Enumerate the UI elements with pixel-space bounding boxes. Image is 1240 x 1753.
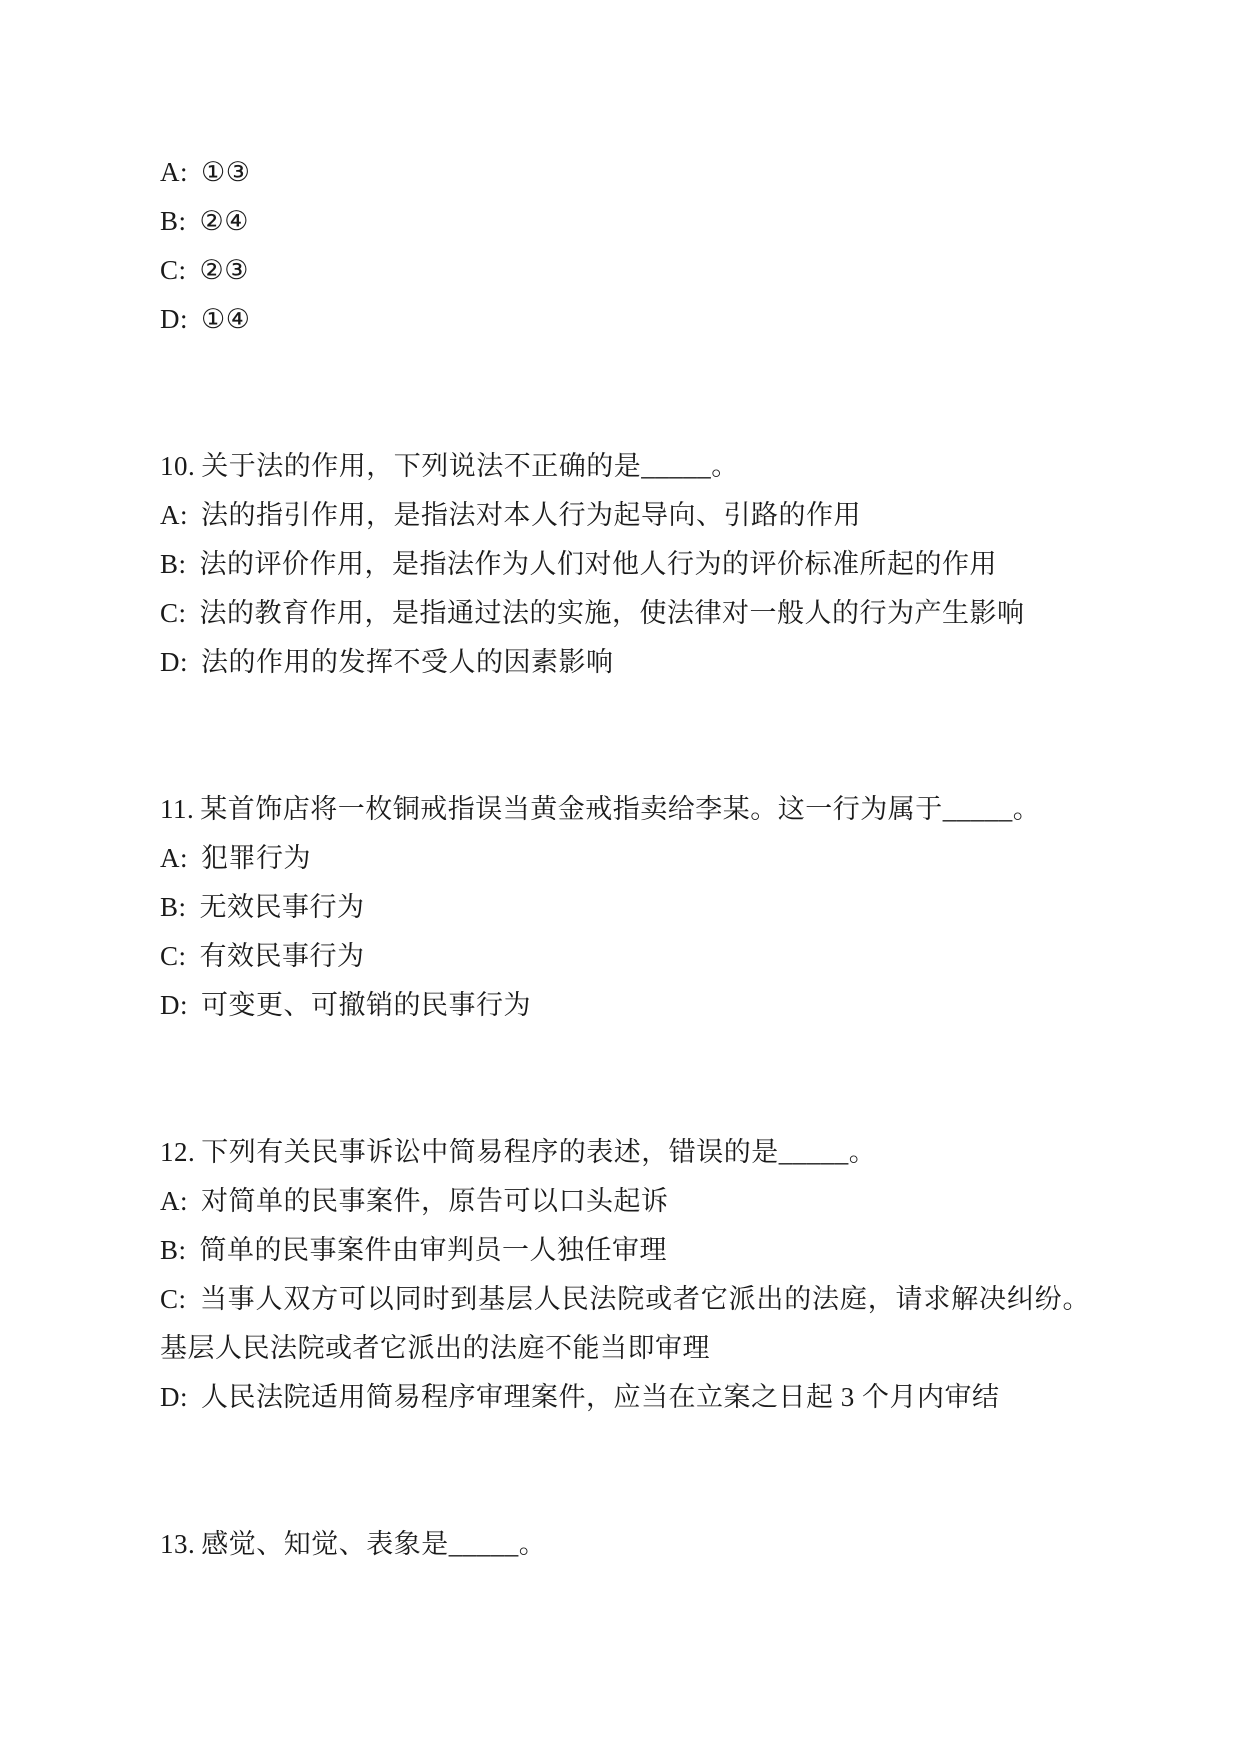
option-text: 法的指引作用，是指法对本人行为起导向、引路的作用 xyxy=(201,500,861,530)
option-line: A:①③ xyxy=(160,148,1090,197)
question-stem-line: 10.关于法的作用，下列说法不正确的是_____。 xyxy=(160,442,1090,491)
option-label: A: xyxy=(160,500,188,530)
option-text: 无效民事行为 xyxy=(200,892,365,922)
option-line: B:法的评价作用，是指法作为人们对他人行为的评价标准所起的作用 xyxy=(160,540,1090,589)
option-label: D: xyxy=(160,1382,188,1412)
question-number: 12. xyxy=(160,1137,195,1167)
option-text: 对简单的民事案件，原告可以口头起诉 xyxy=(201,1186,669,1216)
option-text: ①④ xyxy=(201,304,250,334)
option-text: 可变更、可撤销的民事行为 xyxy=(201,990,531,1020)
option-line: D:法的作用的发挥不受人的因素影响 xyxy=(160,638,1090,687)
option-text: 法的评价作用，是指法作为人们对他人行为的评价标准所起的作用 xyxy=(200,549,998,579)
option-label: B: xyxy=(160,206,187,236)
option-label: A: xyxy=(160,157,188,187)
question-stem: 下列有关民事诉讼中简易程序的表述，错误的是_____。 xyxy=(201,1137,876,1167)
option-line: C:当事人双方可以同时到基层人民法院或者它派出的法庭，请求解决纠纷。基层人民法院… xyxy=(160,1275,1090,1373)
question-stem-line: 12.下列有关民事诉讼中简易程序的表述，错误的是_____。 xyxy=(160,1128,1090,1177)
option-text: 当事人双方可以同时到基层人民法院或者它派出的法庭，请求解决纠纷。基层人民法院或者… xyxy=(160,1284,1090,1363)
option-text: ①③ xyxy=(201,157,250,187)
option-line: D:①④ xyxy=(160,295,1090,344)
option-label: B: xyxy=(160,1235,187,1265)
option-label: D: xyxy=(160,304,188,334)
option-line: D:人民法院适用简易程序审理案件，应当在立案之日起 3 个月内审结 xyxy=(160,1373,1090,1422)
option-line: C:②③ xyxy=(160,246,1090,295)
option-line: C:有效民事行为 xyxy=(160,932,1090,981)
option-label: C: xyxy=(160,1284,187,1314)
question-stem: 某首饰店将一枚铜戒指误当黄金戒指卖给李某。这一行为属于_____。 xyxy=(200,794,1040,824)
option-label: C: xyxy=(160,255,187,285)
question-block-11: 11.某首饰店将一枚铜戒指误当黄金戒指卖给李某。这一行为属于_____。 A:犯… xyxy=(160,785,1090,1030)
option-label: B: xyxy=(160,549,187,579)
document-page: A:①③ B:②④ C:②③ D:①④ 10.关于法的作用，下列说法不正确的是_… xyxy=(0,0,1240,1753)
option-line: C:法的教育作用，是指通过法的实施，使法律对一般人的行为产生影响 xyxy=(160,589,1090,638)
option-line: A:犯罪行为 xyxy=(160,834,1090,883)
question-stem-line: 11.某首饰店将一枚铜戒指误当黄金戒指卖给李某。这一行为属于_____。 xyxy=(160,785,1090,834)
option-label: A: xyxy=(160,1186,188,1216)
option-line: A:法的指引作用，是指法对本人行为起导向、引路的作用 xyxy=(160,491,1090,540)
option-text: 人民法院适用简易程序审理案件，应当在立案之日起 3 个月内审结 xyxy=(201,1382,1000,1412)
question-block-13: 13.感觉、知觉、表象是_____。 xyxy=(160,1520,1090,1569)
option-line: D:可变更、可撤销的民事行为 xyxy=(160,981,1090,1030)
option-label: B: xyxy=(160,892,187,922)
option-label: D: xyxy=(160,647,188,677)
option-text: 犯罪行为 xyxy=(201,843,311,873)
question-block-10: 10.关于法的作用，下列说法不正确的是_____。 A:法的指引作用，是指法对本… xyxy=(160,442,1090,687)
question-number: 13. xyxy=(160,1529,195,1559)
question-stem: 关于法的作用，下列说法不正确的是_____。 xyxy=(201,451,739,481)
option-text: 有效民事行为 xyxy=(200,941,365,971)
option-line: B:②④ xyxy=(160,197,1090,246)
option-line: B:无效民事行为 xyxy=(160,883,1090,932)
option-label: C: xyxy=(160,941,187,971)
option-text: 法的作用的发挥不受人的因素影响 xyxy=(201,647,614,677)
prev-question-options-block: A:①③ B:②④ C:②③ D:①④ xyxy=(160,148,1090,344)
option-label: A: xyxy=(160,843,188,873)
option-text: ②③ xyxy=(200,255,249,285)
option-text: 简单的民事案件由审判员一人独任审理 xyxy=(200,1235,668,1265)
question-number: 10. xyxy=(160,451,195,481)
question-block-12: 12.下列有关民事诉讼中简易程序的表述，错误的是_____。 A:对简单的民事案… xyxy=(160,1128,1090,1422)
option-text: ②④ xyxy=(200,206,249,236)
option-label: C: xyxy=(160,598,187,628)
option-line: B:简单的民事案件由审判员一人独任审理 xyxy=(160,1226,1090,1275)
question-number: 11. xyxy=(160,794,194,824)
question-stem: 感觉、知觉、表象是_____。 xyxy=(201,1529,546,1559)
option-line: A:对简单的民事案件，原告可以口头起诉 xyxy=(160,1177,1090,1226)
option-label: D: xyxy=(160,990,188,1020)
question-stem-line: 13.感觉、知觉、表象是_____。 xyxy=(160,1520,1090,1569)
option-text: 法的教育作用，是指通过法的实施，使法律对一般人的行为产生影响 xyxy=(200,598,1025,628)
